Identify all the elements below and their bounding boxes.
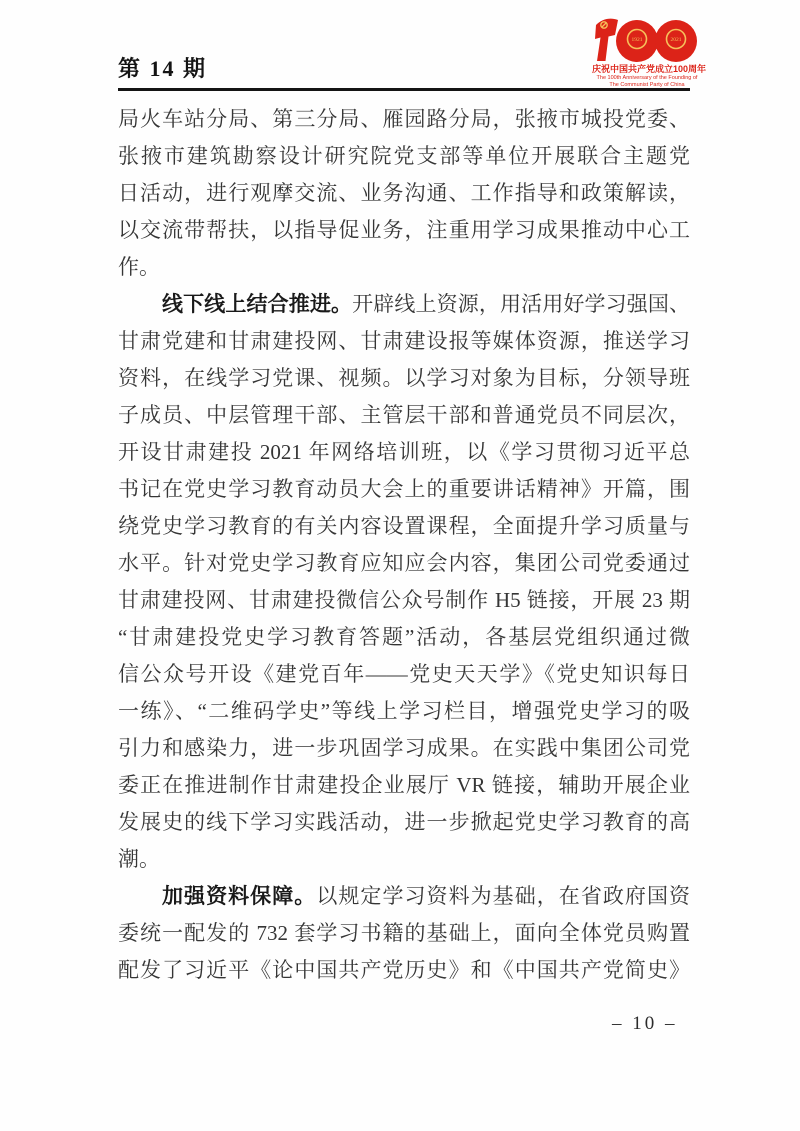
text-line: “甘肃建投党史学习教育答题”活动，各基层党组织通过微	[118, 619, 690, 656]
document-body: 局火车站分局、第三分局、雁园路分局，张掖市城投党委、张掖市建筑勘察设计研究院党支…	[118, 101, 690, 989]
text-line: 作。	[118, 249, 690, 286]
paragraph-lead: 加强资料保障。	[162, 884, 316, 908]
text-line: 绕党史学习教育的有关内容设置课程，全面提升学习质量与	[118, 508, 690, 545]
page-number: – 10 –	[612, 1013, 678, 1035]
text-line: 甘肃建投网、甘肃建投微信公众号制作 H5 链接，开展 23 期	[118, 582, 690, 619]
text-line: 配发了习近平《论中国共产党历史》和《中国共产党简史》	[118, 952, 690, 989]
text-line: 日活动，进行观摩交流、业务沟通、工作指导和政策解读，	[118, 175, 690, 212]
anniversary-logo: 1921 2021 庆祝中国共产党成立100周年 The 100th Anniv…	[592, 15, 702, 89]
logo-title-en-line1: The 100th Anniversary of the Founding of	[597, 75, 698, 81]
text-line: 甘肃党建和甘肃建投网、甘肃建设报等媒体资源，推送学习	[118, 323, 690, 360]
issue-number: 第 14 期	[118, 52, 207, 83]
anniversary-100-icon: 1921 2021	[593, 15, 701, 63]
logo-title-cn: 庆祝中国共产党成立100周年	[592, 65, 702, 74]
text-line: 局火车站分局、第三分局、雁园路分局，张掖市城投党委、	[118, 101, 690, 138]
text-line: 信公众号开设《建党百年——党史天天学》《党史知识每日	[118, 656, 690, 693]
text-line: 张掖市建筑勘察设计研究院党支部等单位开展联合主题党	[118, 138, 690, 175]
text-line: 委正在推进制作甘肃建投企业展厅 VR 链接，辅助开展企业	[118, 767, 690, 804]
logo-year-right: 2021	[671, 37, 682, 43]
logo-title-en: The 100th Anniversary of the Founding of…	[592, 75, 702, 89]
text-line: 以交流带帮扶，以指导促业务，注重用学习成果推动中心工	[118, 212, 690, 249]
logo-title-en-line2: The Communist Party of China	[609, 82, 684, 88]
text-line: 水平。针对党史学习教育应知应会内容，集团公司党委通过	[118, 545, 690, 582]
header-divider	[118, 88, 690, 91]
text-line: 引力和感染力，进一步巩固学习成果。在实践中集团公司党	[118, 730, 690, 767]
text-line: 潮。	[118, 841, 690, 878]
text-line: 书记在党史学习教育动员大会上的重要讲话精神》开篇，围	[118, 471, 690, 508]
text-line: 加强资料保障。以规定学习资料为基础，在省政府国资	[118, 878, 690, 915]
text-line: 资料，在线学习党课、视频。以学习对象为目标，分领导班	[118, 360, 690, 397]
text-line: 委统一配发的 732 套学习书籍的基础上，面向全体党员购置	[118, 915, 690, 952]
text-line: 发展史的线下学习实践活动，进一步掀起党史学习教育的高	[118, 804, 690, 841]
text-line: 线下线上结合推进。开辟线上资源，用活用好学习强国、	[118, 286, 690, 323]
paragraph-lead: 线下线上结合推进。	[162, 292, 352, 316]
document-page: 第 14 期 1921 2021 庆祝中国共产党成立100周年 The 100t…	[0, 0, 800, 1131]
logo-year-left: 1921	[632, 37, 643, 43]
text-line: 一练》、“二维码学史”等线上学习栏目，增强党史学习的吸	[118, 693, 690, 730]
text-line: 子成员、中层管理干部、主管层干部和普通党员不同层次，	[118, 397, 690, 434]
text-line: 开设甘肃建投 2021 年网络培训班，以《学习贯彻习近平总	[118, 434, 690, 471]
